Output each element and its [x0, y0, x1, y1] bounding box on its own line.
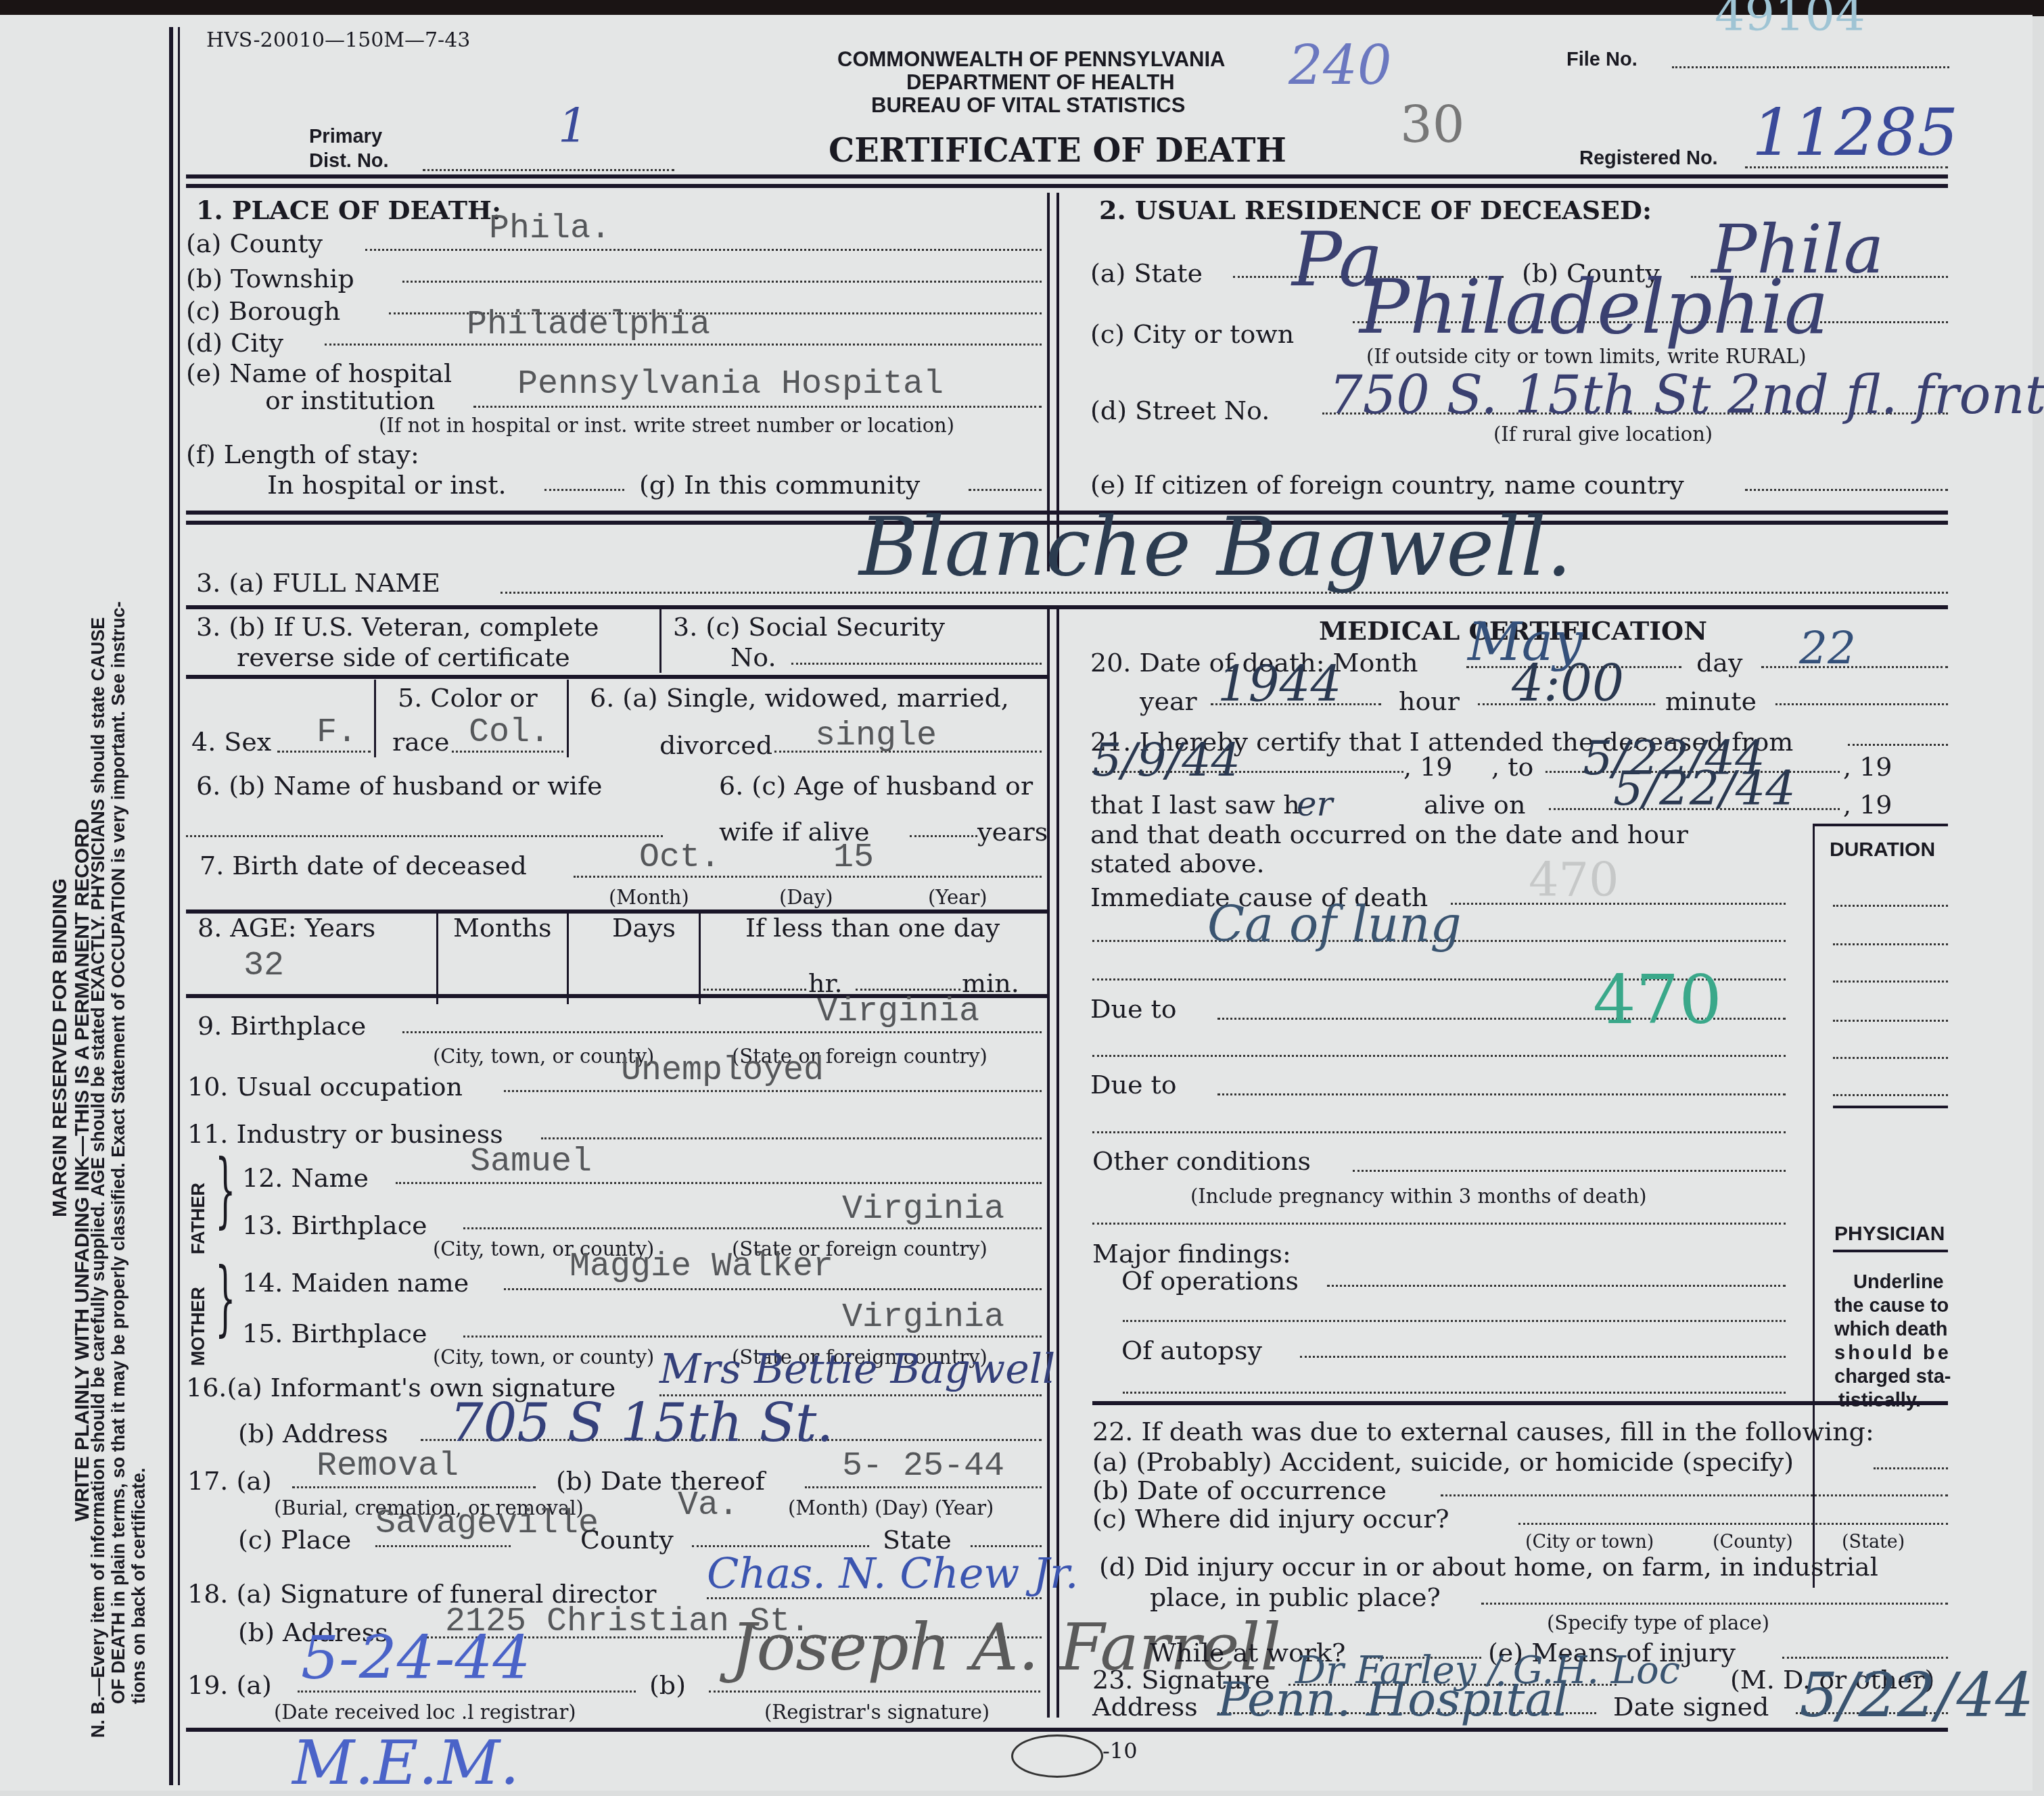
last-saw-date-value: 5/22/44 — [1613, 761, 1796, 816]
veteran-divider — [659, 609, 661, 673]
township-field[interactable] — [402, 281, 1042, 283]
means-of-injury-field[interactable] — [1782, 1657, 1948, 1659]
external-heading: 22. If death was due to external causes,… — [1092, 1417, 1874, 1446]
mother-birthplace-label: 15. Birthplace — [242, 1319, 427, 1348]
registrar-date-value: 5-24-44 — [301, 1623, 530, 1693]
date-signed-value: 5/22/44 — [1799, 1660, 2034, 1731]
residence-street-label: (d) Street No. — [1090, 396, 1270, 425]
physician-rule — [1833, 1250, 1948, 1252]
spouse-age-unit: years — [977, 817, 1048, 847]
age-months-divider — [436, 913, 438, 1004]
operations-field[interactable] — [1327, 1285, 1786, 1287]
attended-to-year: , 19 — [1843, 752, 1892, 782]
registrar-signature-caption: (Registrar's signature) — [764, 1701, 990, 1724]
informant-signature-value: Mrs Bettie Bagwell — [659, 1346, 1055, 1393]
stay-hospital-field[interactable] — [544, 489, 624, 491]
residence-street-note: (If rural give location) — [1493, 423, 1713, 446]
disposition-county-field[interactable] — [692, 1545, 869, 1547]
other-conditions-field[interactable] — [1353, 1170, 1786, 1172]
external-d-field[interactable] — [1481, 1603, 1948, 1605]
registrar-signature-field[interactable] — [709, 1691, 1040, 1693]
birth-month-value: Oct. — [639, 838, 720, 877]
stay-community-field[interactable] — [969, 489, 1042, 491]
birth-year-caption: (Year) — [928, 886, 988, 909]
age-days-divider — [567, 913, 569, 1004]
father-birthplace-value: Virginia — [842, 1190, 1004, 1229]
duration-field-5[interactable] — [1833, 1057, 1948, 1059]
date-signed-label: Date signed — [1613, 1692, 1769, 1722]
marital-label-1: 6. (a) Single, widowed, married, — [590, 683, 1009, 713]
county-field[interactable] — [365, 249, 1042, 251]
immediate-cause-value: Ca of lung — [1207, 896, 1462, 953]
stay-hospital-label: In hospital or inst. — [267, 470, 507, 500]
dod-hour-value: 4:00 — [1512, 655, 1624, 713]
registrar-date-caption: (Date received loc .l registrar) — [274, 1701, 576, 1724]
certify-from-continued-field[interactable] — [1848, 744, 1948, 746]
residence-state-label: (a) State — [1090, 258, 1203, 288]
birthplace-field[interactable] — [402, 1031, 1042, 1033]
duration-field-6[interactable] — [1833, 1094, 1948, 1096]
length-of-stay-label: (f) Length of stay: — [186, 440, 419, 469]
foreign-country-field[interactable] — [1745, 489, 1948, 491]
annotation-30: 30 — [1400, 95, 1464, 154]
full-name-rule — [186, 605, 1948, 609]
registrar-a-label: 19. (a) — [187, 1670, 272, 1700]
margin-binding-text: MARGIN RESERVED FOR BINDING — [49, 878, 72, 1217]
header-rule-bottom — [186, 184, 1948, 188]
informant-address-value: 705 S 15th St. — [450, 1393, 833, 1454]
cause-blank-line-2[interactable] — [1092, 1055, 1786, 1057]
residence-street-value: 750 S. 15th St 2nd fl. front — [1329, 365, 2044, 426]
duration-box-left — [1813, 824, 1815, 1588]
mother-birthplace-caption-city: (City, town, or county) — [433, 1346, 654, 1369]
other-conditions-label: Other conditions — [1092, 1146, 1311, 1176]
operations-field-2[interactable] — [1123, 1320, 1786, 1322]
margin-instructions-3: tions on back of certificate. — [129, 1467, 149, 1704]
dist-no-field[interactable] — [423, 169, 674, 171]
disposition-place-value: Savageville — [375, 1505, 599, 1543]
full-name-value: Blanche Bagwell. — [859, 500, 1572, 594]
registered-no-value: 11285 — [1752, 95, 1958, 170]
occupation-label: 10. Usual occupation — [187, 1072, 463, 1102]
physician-note-5: charged sta- — [1834, 1366, 1951, 1388]
physician-address-value: Penn. Hospital — [1217, 1672, 1569, 1727]
disposition-place-label: (c) Place — [238, 1525, 351, 1555]
color-divider — [567, 680, 569, 757]
registrar-b-label: (b) — [649, 1670, 686, 1700]
form-code: HVS-20010—150M—7-43 — [206, 28, 470, 52]
duration-field-4[interactable] — [1833, 1020, 1948, 1022]
other-conditions-note: (Include pregnancy within 3 months of de… — [1190, 1185, 1647, 1208]
last-saw-year: , 19 — [1843, 790, 1892, 820]
cause-blank-line-3[interactable] — [1092, 1131, 1786, 1133]
margin-instructions-2: OF DEATH in plain terms, so that it may … — [108, 601, 129, 1704]
age-months-label: Months — [453, 913, 552, 943]
primary-label: Primary — [309, 126, 382, 148]
age-lessday-divider — [699, 913, 701, 1004]
hospital-label-2: or institution — [265, 385, 435, 415]
color-value: Col. — [469, 713, 550, 752]
annotation-240: 240 — [1288, 34, 1392, 97]
spouse-name-field[interactable] — [186, 835, 663, 837]
sex-divider — [374, 680, 376, 757]
external-b-field[interactable] — [1441, 1494, 1948, 1496]
age-years-value: 32 — [243, 947, 284, 985]
hospital-note: (If not in hospital or inst. write stree… — [379, 414, 954, 437]
county-value: Phila. — [489, 210, 611, 248]
hospital-value: Pennsylvania Hospital — [517, 365, 944, 404]
registered-no-label: Registered No. — [1579, 147, 1718, 170]
color-label-1: 5. Color or — [398, 683, 538, 713]
ssn-label-1: 3. (c) Social Security — [673, 612, 945, 642]
full-name-label: 3. (a) FULL NAME — [196, 568, 440, 598]
due-to-code: 470 — [1593, 960, 1722, 1039]
mother-side-label: MOTHER — [188, 1287, 209, 1366]
disposition-place-field[interactable] — [375, 1545, 511, 1547]
margin-instructions-1: N. B.—Every item of information should b… — [88, 617, 109, 1738]
external-a-label: (a) (Probably) Accident, suicide, or hom… — [1092, 1447, 1794, 1477]
certify-line-4: and that death occurred on the date and … — [1090, 820, 1688, 849]
autopsy-field[interactable] — [1300, 1356, 1786, 1358]
duration-box-top — [1813, 824, 1948, 826]
hospital-field[interactable] — [473, 406, 1042, 408]
dod-minute-field[interactable] — [1775, 703, 1948, 705]
disposition-type-value: Removal — [317, 1447, 459, 1486]
external-b-label: (b) Date of occurrence — [1092, 1475, 1387, 1505]
duration-field-1[interactable] — [1833, 905, 1948, 907]
informant-address-label: (b) Address — [238, 1419, 388, 1448]
residence-city-label: (c) City or town — [1090, 319, 1294, 349]
veteran-rule — [186, 675, 1048, 679]
residence-city-note: (If outside city or town limits, write R… — [1366, 345, 1807, 368]
father-name-label: 12. Name — [242, 1163, 369, 1193]
occupation-value: Unemployed — [621, 1051, 824, 1090]
duration-field-2[interactable] — [1833, 943, 1948, 945]
marital-label-2: divorced — [659, 730, 772, 760]
spouse-name-label: 6. (b) Name of husband or wife — [196, 771, 603, 801]
due-to-label-1: Due to — [1090, 994, 1177, 1024]
alive-on-label: alive on — [1424, 790, 1525, 820]
physician-label: PHYSICIAN — [1834, 1223, 1945, 1246]
disposition-date-value: 5- 25-44 — [842, 1447, 1004, 1486]
foreign-country-label: (e) If citizen of foreign country, name … — [1090, 470, 1684, 500]
attended-from-year: , 19 — [1403, 752, 1453, 782]
disposition-county-label: County — [580, 1525, 674, 1555]
page-title: CERTIFICATE OF DEATH — [829, 132, 1286, 170]
disposition-label: 17. (a) — [187, 1466, 272, 1496]
father-birthplace-label: 13. Birthplace — [242, 1210, 427, 1240]
marital-value: single — [815, 717, 937, 755]
veteran-label-2: reverse side of certificate — [237, 642, 570, 672]
place-of-death-heading: 1. PLACE OF DEATH: — [196, 195, 501, 225]
union-label-icon — [1011, 1734, 1103, 1778]
dod-minute-label: minute — [1665, 686, 1757, 716]
mother-maiden-value: Maggie Walker — [570, 1248, 833, 1286]
dod-hour-label: hour — [1399, 686, 1460, 716]
faint-code: 470 — [1529, 852, 1619, 907]
hospital-label-1: (e) Name of hospital — [186, 358, 452, 388]
mother-maiden-field[interactable] — [504, 1288, 1042, 1290]
duration-field-3[interactable] — [1833, 980, 1948, 983]
union-label-number: -10 — [1102, 1738, 1138, 1764]
dod-day-label: day — [1696, 648, 1742, 678]
disposition-date-caption: (Month) (Day) (Year) — [788, 1496, 994, 1519]
external-d-label-2: place, in public place? — [1150, 1582, 1441, 1612]
father-side-label: FATHER — [188, 1183, 209, 1254]
major-findings-label: Major findings: — [1092, 1239, 1291, 1269]
age-min-field[interactable] — [856, 989, 960, 991]
external-d-label-1: (d) Did injury occur in or about home, o… — [1099, 1552, 1878, 1582]
certify-line-5: stated above. — [1090, 849, 1264, 878]
external-c-caption-city: (City or town) — [1525, 1532, 1654, 1553]
stay-community-label: (g) In this community — [639, 470, 920, 500]
dist-no-label: Dist. No. — [309, 150, 389, 172]
industry-field[interactable] — [541, 1137, 1042, 1139]
due-to-field-2[interactable] — [1217, 1093, 1786, 1095]
dod-year-label: year — [1140, 686, 1197, 716]
external-c-label: (c) Where did injury occur? — [1092, 1504, 1449, 1534]
mother-maiden-label: 14. Maiden name — [242, 1268, 469, 1298]
birth-date-label: 7. Birth date of deceased — [200, 851, 527, 880]
autopsy-label: Of autopsy — [1121, 1336, 1262, 1365]
occupation-field[interactable] — [504, 1090, 1042, 1092]
file-no-label: File No. — [1566, 49, 1637, 71]
veteran-label-1: 3. (b) If U.S. Veteran, complete — [196, 612, 599, 642]
stamped-number: 49104 — [1715, 0, 1865, 42]
birth-month-caption: (Month) — [609, 886, 689, 909]
city-label: (d) City — [186, 328, 283, 358]
father-name-field[interactable] — [396, 1182, 1042, 1184]
file-no-field[interactable] — [1672, 66, 1949, 68]
autopsy-field-2[interactable] — [1123, 1392, 1786, 1394]
external-c-caption-state: (State) — [1842, 1532, 1905, 1553]
age-years-label: 8. AGE: Years — [198, 913, 375, 943]
dod-year-value: 1944 — [1217, 656, 1341, 713]
agency-line-3: BUREAU OF VITAL STATISTICS — [871, 93, 1185, 118]
age-days-label: Days — [612, 913, 676, 943]
binding-line-inner — [178, 27, 180, 1785]
attended-from-value: 5/9/44 — [1092, 734, 1240, 787]
due-to-label-2: Due to — [1090, 1070, 1177, 1100]
physician-note-4: should be — [1834, 1342, 1951, 1365]
physician-address-label: Address — [1092, 1692, 1198, 1722]
sex-value: F. — [317, 713, 357, 752]
attended-to-label: , to — [1491, 752, 1533, 782]
father-name-value: Samuel — [470, 1143, 592, 1181]
external-a-field[interactable] — [1874, 1467, 1948, 1469]
mother-bracket: } — [215, 1258, 236, 1339]
duration-rule — [1833, 1106, 1948, 1108]
township-label: (b) Township — [186, 264, 354, 293]
mother-birthplace-value: Virginia — [842, 1298, 1004, 1337]
dod-day-value: 22 — [1799, 622, 1856, 674]
physician-note-1: Underline — [1853, 1271, 1944, 1294]
disposition-type-field[interactable] — [292, 1486, 536, 1488]
agency-line-1: COMMONWEALTH OF PENNSYLVANIA — [837, 47, 1225, 72]
birthplace-value: Virginia — [817, 993, 979, 1031]
age-hr-field[interactable] — [703, 989, 806, 991]
external-d-caption: (Specify type of place) — [1547, 1611, 1769, 1634]
last-saw-pronoun: er — [1297, 784, 1333, 824]
other-conditions-field-2[interactable] — [1092, 1223, 1786, 1225]
spouse-age-label-1: 6. (c) Age of husband or — [719, 771, 1033, 801]
ssn-label-2: No. — [730, 642, 776, 672]
disposition-state-field[interactable] — [971, 1545, 1042, 1547]
binding-line-outer — [169, 27, 173, 1785]
birth-day-value: 15 — [833, 838, 874, 877]
birth-day-caption: (Day) — [779, 886, 833, 909]
birthplace-label: 9. Birthplace — [198, 1011, 366, 1041]
color-label-2: race — [392, 727, 450, 757]
sex-label: 4. Sex — [191, 727, 271, 757]
registrar-initials: M.E.M. — [292, 1728, 519, 1796]
spouse-age-field[interactable] — [910, 835, 977, 837]
operations-label: Of operations — [1121, 1266, 1299, 1296]
residence-city-value: Philadelphia — [1360, 264, 1829, 350]
physician-note-3: which death — [1834, 1319, 1948, 1341]
external-c-field[interactable] — [1518, 1523, 1948, 1525]
age-lessday-label: If less than one day — [745, 913, 1000, 943]
county-label: (a) County — [186, 229, 323, 258]
external-c-caption-county: (County) — [1713, 1532, 1793, 1553]
agency-line-2: DEPARTMENT OF HEALTH — [906, 70, 1175, 95]
father-bracket: } — [215, 1150, 236, 1231]
ssn-field[interactable] — [791, 663, 1042, 665]
borough-label: (c) Borough — [186, 296, 340, 326]
header-rule-top — [186, 174, 1948, 179]
physician-note-2: the cause to — [1834, 1295, 1949, 1317]
medical-rule — [1092, 1401, 1948, 1405]
disposition-date-field[interactable] — [805, 1486, 1042, 1488]
duration-label: DURATION — [1830, 838, 1935, 861]
dist-no-value: 1 — [558, 98, 588, 153]
last-saw-label: that I last saw h — [1090, 790, 1300, 820]
funeral-signature-value: Chas. N. Chew Jr. — [707, 1549, 1079, 1598]
city-value: Philadelphia — [467, 306, 710, 344]
disposition-state-value: Va. — [678, 1486, 739, 1525]
